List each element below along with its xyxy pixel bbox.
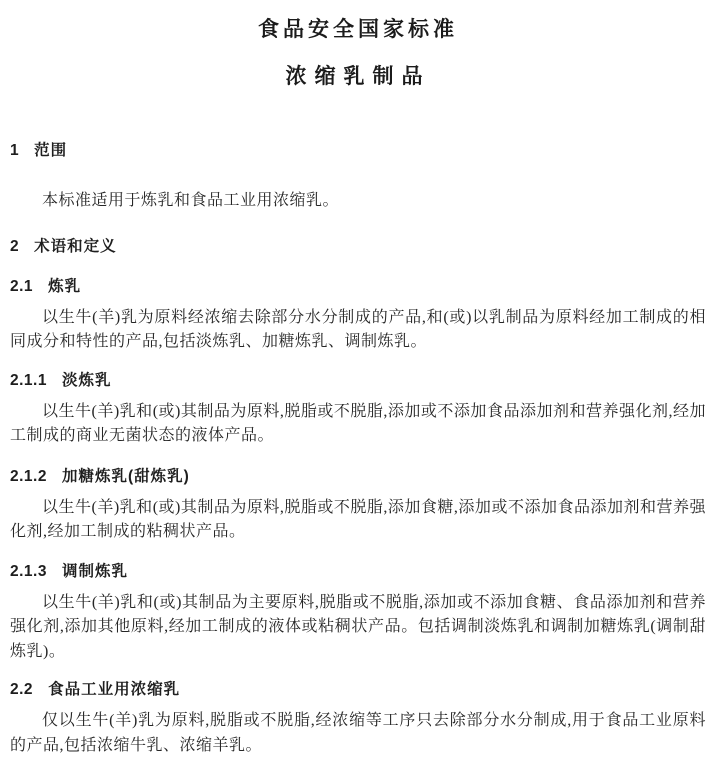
paragraph-modified-condensed-milk: 以生牛(羊)乳和(或)其制品为主要原料,脱脂或不脱脂,添加或不添加食糖、食品添加…	[10, 591, 706, 665]
section-title-scope: 范围	[34, 142, 67, 159]
section-heading-industrial-concentrated-milk: 2.2食品工业用浓缩乳	[10, 680, 706, 700]
section-title-evaporated-milk: 淡炼乳	[62, 372, 112, 389]
paragraph-scope: 本标准适用于炼乳和食品工业用浓缩乳。	[10, 189, 706, 214]
section-heading-scope: 1范围	[10, 141, 706, 161]
paragraph-sweetened-condensed-milk: 以生牛(羊)乳和(或)其制品为原料,脱脂或不脱脂,添加食糖,添加或不添加食品添加…	[10, 496, 706, 545]
doc-subtitle: 浓缩乳制品	[10, 64, 706, 89]
section-title-terms: 术语和定义	[34, 238, 117, 255]
section-number-evaporated-milk: 2.1.1	[10, 371, 47, 391]
section-title-modified-condensed-milk: 调制炼乳	[62, 563, 128, 580]
section-number-industrial-concentrated-milk: 2.2	[10, 680, 33, 700]
section-heading-terms: 2术语和定义	[10, 237, 706, 257]
paragraph-evaporated-milk: 以生牛(羊)乳和(或)其制品为原料,脱脂或不脱脂,添加或不添加食品添加剂和营养强…	[10, 400, 706, 449]
section-number-terms: 2	[10, 237, 19, 257]
section-heading-evaporated-milk: 2.1.1淡炼乳	[10, 371, 706, 391]
section-heading-modified-condensed-milk: 2.1.3调制炼乳	[10, 562, 706, 582]
doc-title: 食品安全国家标准	[10, 17, 706, 42]
standard-document-page: 食品安全国家标准 浓缩乳制品 1范围 本标准适用于炼乳和食品工业用浓缩乳。 2术…	[0, 0, 715, 772]
section-heading-condensed-milk: 2.1炼乳	[10, 277, 706, 297]
section-title-sweetened-condensed-milk: 加糖炼乳(甜炼乳)	[62, 468, 190, 485]
section-title-industrial-concentrated-milk: 食品工业用浓缩乳	[48, 681, 180, 698]
section-title-condensed-milk: 炼乳	[48, 278, 81, 295]
section-number-sweetened-condensed-milk: 2.1.2	[10, 467, 47, 487]
section-number-scope: 1	[10, 141, 19, 161]
paragraph-industrial-concentrated-milk: 仅以生牛(羊)乳为原料,脱脂或不脱脂,经浓缩等工序只去除部分水分制成,用于食品工…	[10, 709, 706, 758]
section-heading-sweetened-condensed-milk: 2.1.2加糖炼乳(甜炼乳)	[10, 467, 706, 487]
section-number-condensed-milk: 2.1	[10, 277, 33, 297]
section-number-modified-condensed-milk: 2.1.3	[10, 562, 47, 582]
paragraph-condensed-milk: 以生牛(羊)乳为原料经浓缩去除部分水分制成的产品,和(或)以乳制品为原料经加工制…	[10, 306, 706, 355]
